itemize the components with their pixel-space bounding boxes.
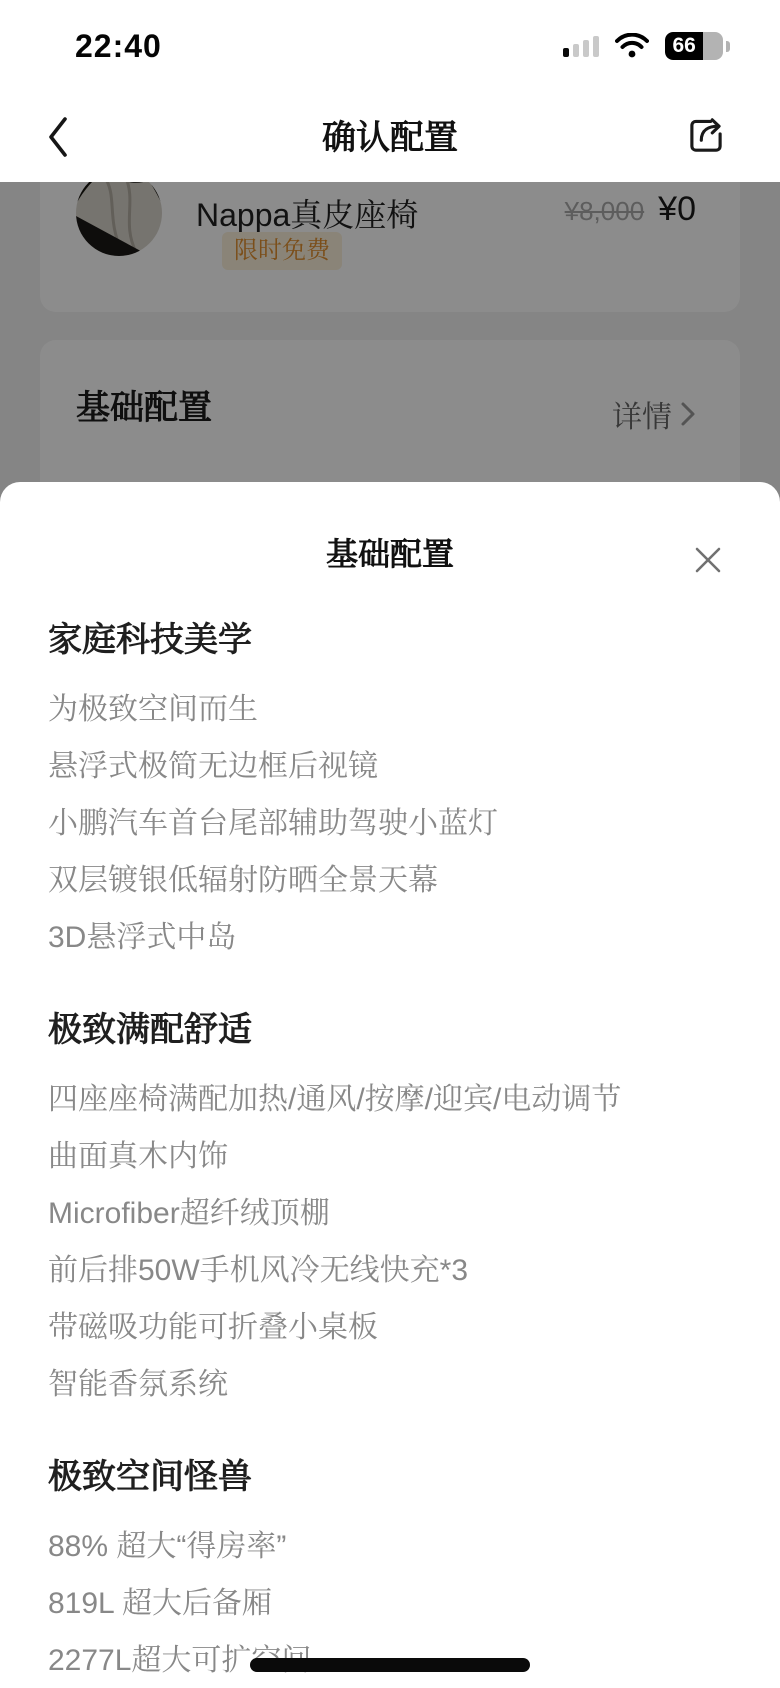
sheet-sections: 家庭科技美学为极致空间而生悬浮式极简无边框后视镜小鹏汽车首台尾部辅助驾驶小蓝灯双… [48,619,732,1682]
section-title: 极致空间怪兽 [48,1456,732,1498]
close-button[interactable] [688,540,728,580]
wifi-icon [615,33,649,59]
config-item: 智能香氛系统 [48,1364,732,1406]
status-bar: 22:40 66 [0,0,780,92]
config-item: 小鹏汽车首台尾部辅助驾驶小蓝灯 [48,803,732,845]
cellular-signal-icon [563,35,599,57]
status-icons: 66 [563,32,730,60]
home-indicator[interactable] [250,1658,530,1672]
config-item: 前后排50W手机风冷无线快充*3 [48,1250,732,1292]
share-icon [683,112,729,158]
config-item: 曲面真木内饰 [48,1136,732,1178]
section-title: 家庭科技美学 [48,619,732,661]
battery-icon: 66 [665,32,723,60]
config-item: 带磁吸功能可折叠小桌板 [48,1307,732,1349]
clock: 22:40 [75,28,162,65]
config-item: 悬浮式极简无边框后视镜 [48,746,732,788]
config-item: 四座座椅满配加热/通风/按摩/迎宾/电动调节 [48,1079,732,1121]
config-item: 88% 超大“得房率” [48,1526,732,1568]
page-title: 确认配置 [0,110,780,159]
share-button[interactable] [682,106,730,164]
battery-percent: 66 [665,32,703,60]
basic-config-sheet[interactable]: 基础配置 家庭科技美学为极致空间而生悬浮式极简无边框后视镜小鹏汽车首台尾部辅助驾… [0,482,780,1688]
config-item: 双层镀银低辐射防晒全景天幕 [48,860,732,902]
config-item: 3D悬浮式中岛 [48,917,732,959]
config-item: 819L 超大后备厢 [48,1583,732,1625]
config-item: Microfiber超纤绒顶棚 [48,1193,732,1235]
battery-nub [726,41,730,52]
config-item: 为极致空间而生 [48,689,732,731]
nav-bar: 确认配置 [0,92,780,182]
close-icon [692,544,724,576]
header: 22:40 66 [0,0,780,182]
section-title: 极致满配舒适 [48,1009,732,1051]
app-screen: Nappa真皮座椅 ¥8,000 ¥0 限时免费 基础配置 详情 22:40 [0,0,780,1688]
sheet-title: 基础配置 [48,532,732,576]
